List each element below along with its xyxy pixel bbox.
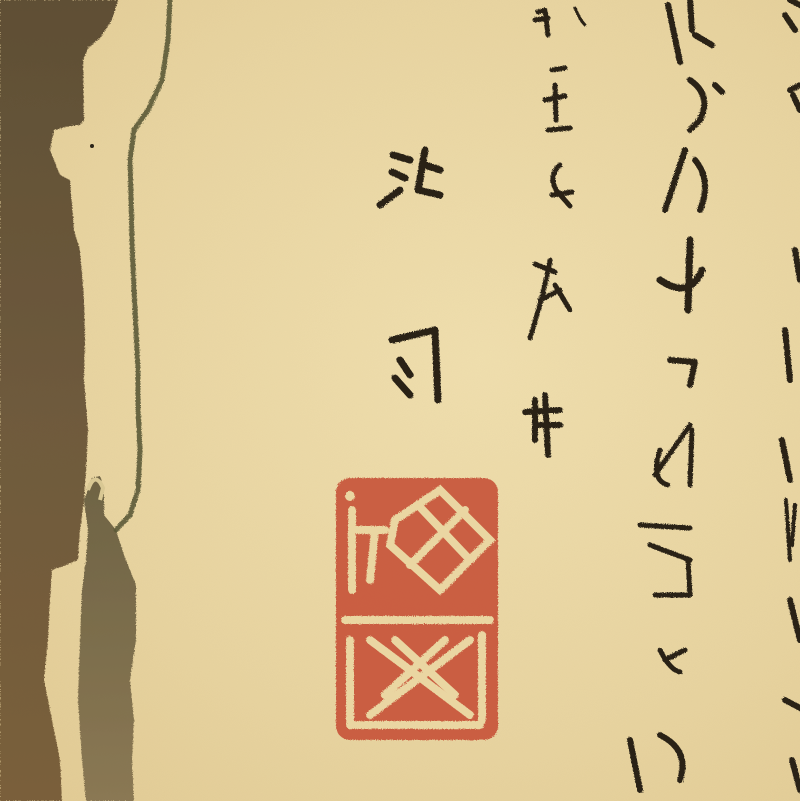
red-seal: [336, 478, 498, 740]
scroll-artwork: [0, 0, 800, 801]
scroll-photo: Japanese calligraphy hanging scroll (det…: [0, 0, 800, 801]
ink-dot: [90, 144, 94, 148]
